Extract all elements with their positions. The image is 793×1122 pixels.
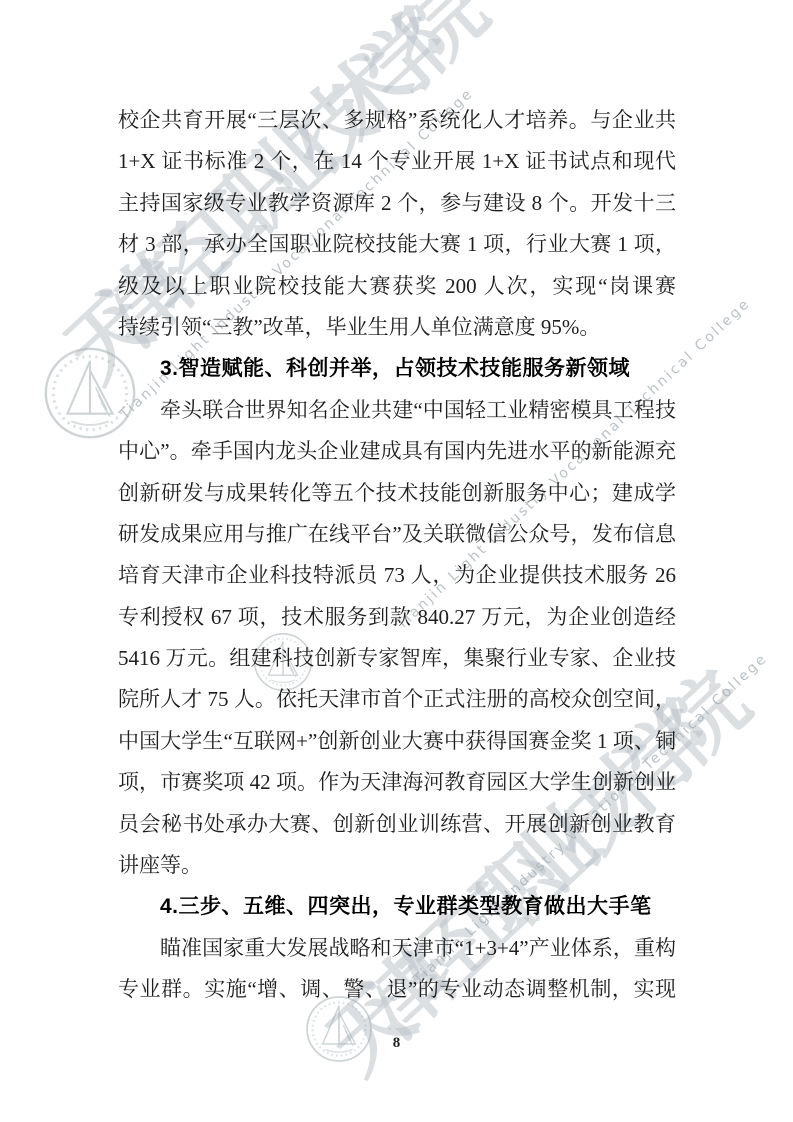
paragraph-line: 专业群。实施“增、调、警、退”的专业动态调整机制，实现了专业	[118, 969, 676, 1010]
paragraph-line: 专利授权 67 项，技术服务到款 840.27 万元，为企业创造经济效益	[118, 597, 676, 638]
page-number: 8	[0, 1035, 793, 1052]
paragraph-line: 讲座等。	[118, 845, 676, 886]
section-heading-4: 4.三步、五维、四突出，专业群类型教育做出大手笔	[118, 886, 676, 927]
paragraph-line: 瞄准国家重大发展战略和天津市“1+3+4”产业体系，重构七大	[118, 928, 676, 969]
document-page: 天津轻工职业技术学院 天津轻工职业技术学院 Tianjin Light Indu…	[0, 0, 793, 1122]
paragraph-line: 中国大学生“互联网+”创新创业大赛中获得国赛金奖 1 项、铜奖 3	[118, 721, 676, 762]
paragraph-line: 创新研发与成果转化等五个技术技能创新服务中心；建成学院“科技	[118, 473, 676, 514]
paragraph-line: 培育天津市企业科技特派员 73 人，为企业提供技术服务 26 项，获得	[118, 555, 676, 596]
document-body: 校企共育开展“三层次、多规格”系统化人才培养。与企业共同开发 1+X 证书标准 …	[118, 100, 676, 1011]
paragraph-line: 材 3 部，承办全国职业院校技能大赛 1 项，行业大赛 1 项，学生在市	[118, 224, 676, 265]
paragraph-line: 1+X 证书标准 2 个，在 14 个专业开展 1+X 证书试点和现代学徒制，	[118, 141, 676, 182]
section-heading-3: 3.智造赋能、科创并举，占领技术技能服务新领域	[118, 348, 676, 389]
paragraph-line: 项，市赛奖项 42 项。作为天津海河教育园区大学生创新创业联盟委	[118, 762, 676, 803]
paragraph-line: 持续引领“三教”改革，毕业生用人单位满意度 95%。	[118, 307, 676, 348]
paragraph-line: 主持国家级专业教学资源库 2 个，参与建设 8 个。开发十三五规划教	[118, 183, 676, 224]
paragraph-line: 牵头联合世界知名企业共建“中国轻工业精密模具工程技术研究	[118, 390, 676, 431]
paragraph-line: 5416 万元。组建科技创新专家智库，集聚行业专家、企业技术精英、	[118, 638, 676, 679]
paragraph-line: 研发成果应用与推广在线平台”及关联微信公众号，发布信息 400 条。	[118, 514, 676, 555]
paragraph-line: 中心”。牵手国内龙头企业建成具有国内先进水平的新能源充电装置	[118, 431, 676, 472]
paragraph-line: 员会秘书处承办大赛、创新创业训练营、开展创新创业教育系列直播	[118, 804, 676, 845]
paragraph-line: 级及以上职业院校技能大赛获奖 200 人次，实现“岗课赛证”融通，	[118, 266, 676, 307]
paragraph-line: 校企共育开展“三层次、多规格”系统化人才培养。与企业共同开发	[118, 100, 676, 141]
paragraph-line: 院所人才 75 人。依托天津市首个正式注册的高校众创空间，学生在	[118, 679, 676, 720]
